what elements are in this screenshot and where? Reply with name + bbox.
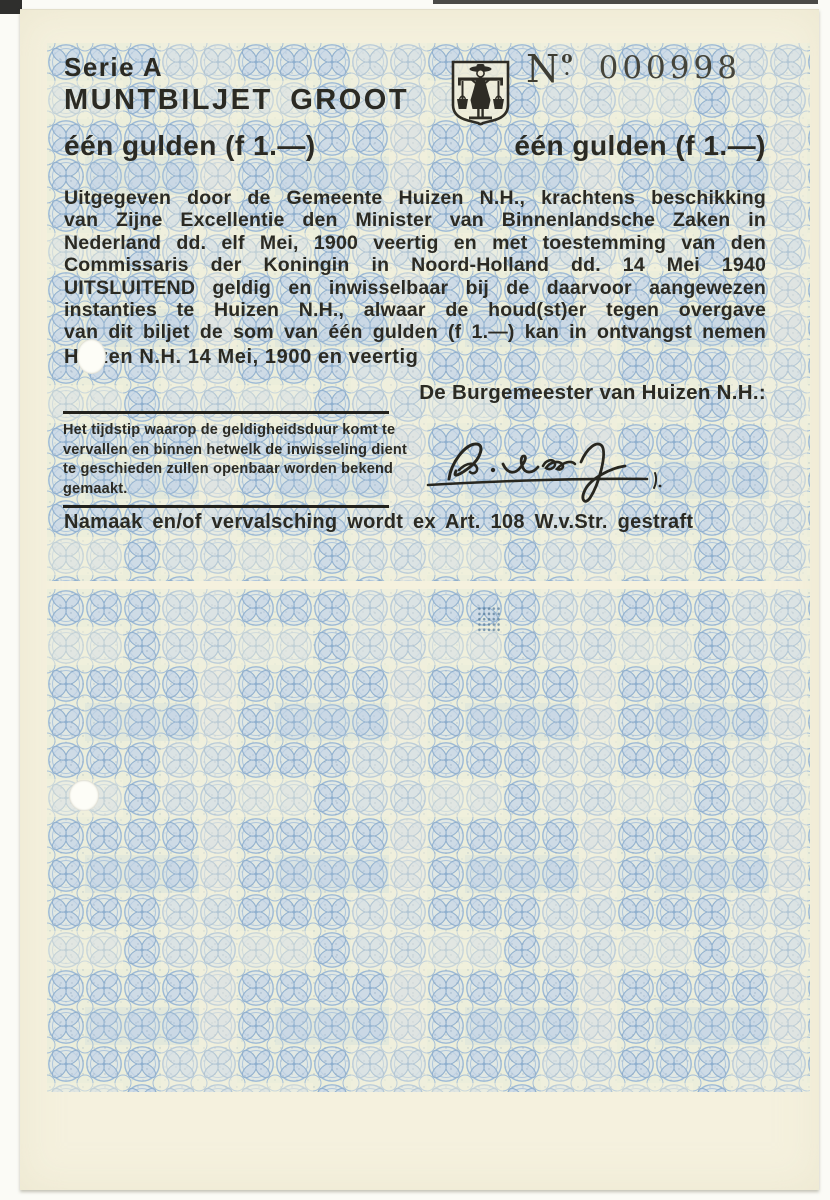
validity-line: Het tijdstip waarop de geldigheidsduur k… [63,421,389,441]
body-text-line: van Zijne Excellentie den Minister van B… [64,209,766,231]
denomination-left: één gulden (f 1.—) [64,130,316,162]
serial-prefix-sup: o . [561,52,572,74]
coat-of-arms-icon [449,59,512,127]
body-text-line: Nederland dd. elf Mei, 1900 veertig en m… [64,232,766,254]
validity-notice-box: Het tijdstip waarop de geldigheidsduur k… [63,411,389,508]
signature-icon [415,418,715,508]
body-text-line: instanties te Huizen N.H., alwaar de hou… [64,299,766,321]
scan-artifact-top-strip [433,0,818,4]
scan-artifact-corner [0,0,22,14]
body-text-line: Uitgegeven door de Gemeente Huizen N.H.,… [64,187,766,209]
serial-prefix-n: N [526,50,559,88]
punch-hole-bottom [69,780,99,811]
validity-line: te geschieden zullen openbaar worden bek… [63,460,389,480]
serial-number-row: N o . 000998 [526,50,741,88]
validity-line: gemaakt. [63,480,389,500]
body-text-line: Commissaris der Koningin in Noord-Hollan… [64,254,766,276]
issue-text-paragraph: Uitgegeven door de Gemeente Huizen N.H.,… [64,187,766,344]
serial-number: 000998 [599,50,741,87]
denomination-right: één gulden (f 1.—) [514,130,766,162]
dot-speckle-patch [477,606,501,633]
signatory-title: De Burgemeester van Huizen N.H.: [419,381,766,405]
body-text-line: UITSLUITEND geldig en inwisselbaar bij d… [64,277,766,299]
penalty-line: Namaak en/of vervalsching wordt ex Art. … [64,511,693,534]
note-title: MUNTBILJET GROOT [64,84,409,117]
punch-hole-top [77,339,106,374]
validity-line: vervallen en binnen hetwelk de inwisseli… [63,441,389,461]
serie-label: Serie A [64,52,163,83]
place-date-line: Huizen N.H. 14 Mei, 1900 en veertig [64,346,418,369]
body-text-line: van dit biljet de som van één gulden (f … [64,321,766,343]
guilloche-pattern-lower [47,589,810,1092]
